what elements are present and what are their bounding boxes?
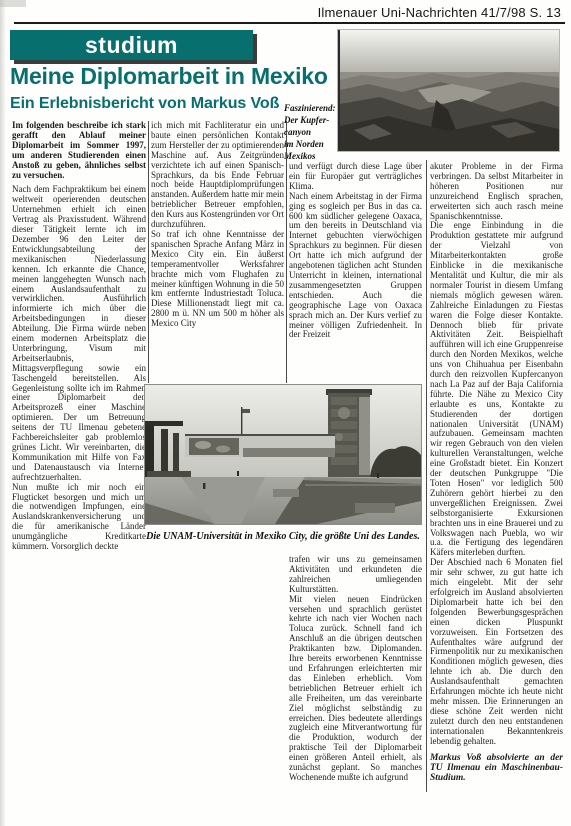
author-byline: Markus Voß absolvierte an der TU Ilmenau… <box>430 754 563 784</box>
paragraph: Die enge Einbindung in die Produktion ge… <box>430 221 563 558</box>
caption-line: im Norden <box>284 138 336 150</box>
unam-photo-art <box>145 385 421 524</box>
article-column-4: akuter Probleme in der Firma verbringen.… <box>430 162 563 784</box>
scan-edge <box>0 0 6 826</box>
article-column-3-top: und verfügt durch diese Lage über ein fü… <box>289 162 422 340</box>
article-column-1: Im folgenden beschreibe ich stark geraff… <box>12 121 146 552</box>
paragraph: Nun mußte ich mir noch ein Flugticket be… <box>12 483 146 552</box>
masthead: Ilmenauer Uni-Nachrichten 41/7/98 S. 13 <box>318 5 561 20</box>
column-rule <box>426 160 427 792</box>
masthead-rule <box>14 22 565 24</box>
column-rule <box>148 121 149 383</box>
lead-paragraph: Im folgenden beschreibe ich stark geraff… <box>12 121 146 180</box>
unam-photo <box>145 385 421 524</box>
scan-corner <box>0 0 26 7</box>
unam-photo-caption: Die UNAM-Universität in Mexiko City, die… <box>139 531 427 542</box>
section-kicker-label: studium <box>85 32 178 59</box>
paragraph: Mit vielen neuen Eindrücken versehen und… <box>289 595 422 783</box>
article-column-3-bottom: trafen wir uns zu gemeinsamen Aktivitäte… <box>289 555 422 783</box>
section-kicker-box: studium <box>10 30 253 60</box>
newspaper-page: Ilmenauer Uni-Nachrichten 41/7/98 S. 13 … <box>0 0 571 826</box>
article-column-2: ich mich mit Fachliteratur ein und baute… <box>151 121 284 329</box>
caption-line: canyon <box>284 126 336 138</box>
paragraph: trafen wir uns zu gemeinsamen Aktivitäte… <box>289 555 422 595</box>
paragraph: Nach dem Fachpraktikum bei einem weltwei… <box>12 185 146 482</box>
canyon-photo <box>338 30 559 151</box>
headline: Meine Diplomarbeit in Mexiko <box>10 64 340 89</box>
caption-line: Der Kupfer- <box>284 114 336 126</box>
paragraph: ich mich mit Fachliteratur ein und baute… <box>151 121 284 230</box>
column-rule <box>286 121 287 383</box>
paragraph: akuter Probleme in der Firma verbringen.… <box>430 162 563 221</box>
paragraph: und verfügt durch diese Lage über ein fü… <box>289 162 422 192</box>
canyon-photo-art <box>340 30 559 151</box>
canyon-photo-caption: Faszinierend: Der Kupfer- canyon im Nord… <box>284 102 336 162</box>
paragraph: Nach einem Arbeitstag in der Firma ging … <box>289 192 422 341</box>
caption-line: Faszinierend: <box>284 102 336 114</box>
paragraph: Der Abschied nach 6 Monaten fiel mir seh… <box>430 558 563 746</box>
paragraph: So traf ich ohne Kenntnisse der spanisch… <box>151 230 284 329</box>
